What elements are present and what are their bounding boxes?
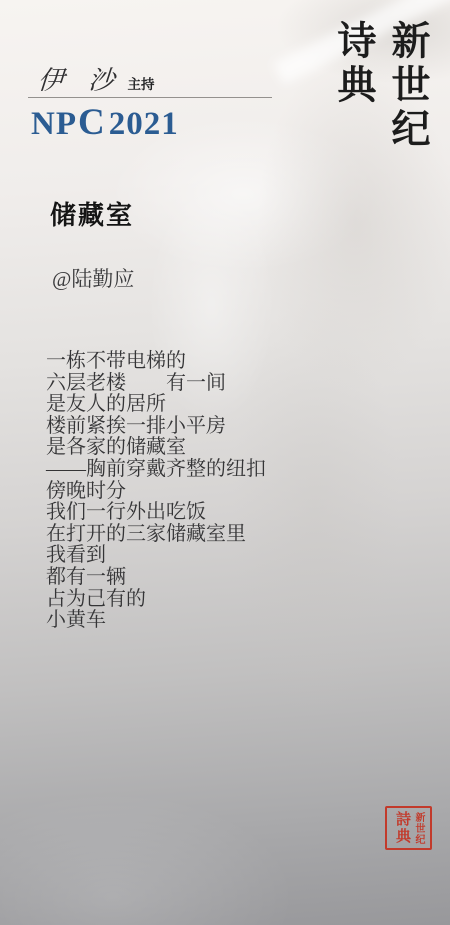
logo-text-np: NP: [31, 106, 77, 143]
logo-letter-c: C: [78, 101, 106, 144]
seal-right-column: 新世纪: [413, 812, 423, 845]
header-divider: [28, 97, 272, 98]
poem-author: @陆勤应: [52, 263, 134, 293]
seal-left-column: 詩典: [394, 811, 409, 845]
masthead-vertical-title: 新世纪 诗典: [326, 20, 434, 152]
host-role-label: 主持: [128, 73, 155, 93]
poem-title: 储藏室: [50, 195, 134, 232]
poetry-card: 伊 沙 主持 NP C 2021 新世纪 诗典 储藏室 @陆勤应 一栋不带电梯的…: [0, 0, 450, 925]
host-line: 伊 沙 主持: [38, 60, 155, 97]
logo-c-glyph: C: [78, 102, 106, 143]
host-name: 伊 沙: [37, 60, 125, 97]
logo-year: 2021: [109, 106, 179, 143]
npc-2021-logo: NP C 2021: [31, 101, 179, 144]
poem-body: 一栋不带电梯的 六层老楼 有一间 是友人的居所 楼前紧挨一排小平房 是各家的储藏…: [46, 351, 266, 632]
seal-stamp: 詩典 新世纪: [385, 806, 432, 850]
